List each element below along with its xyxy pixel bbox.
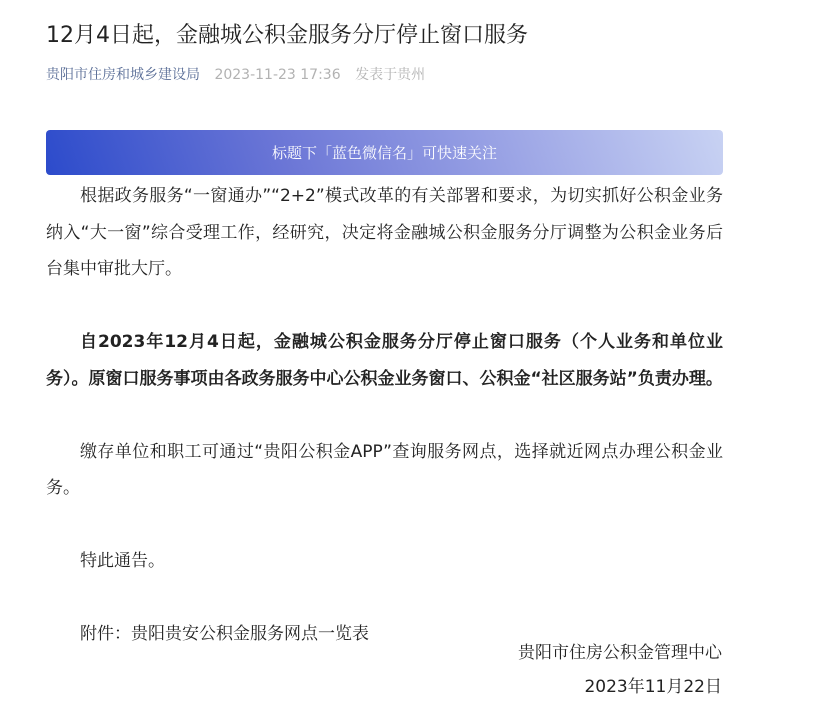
paragraph-intro: 根据政务服务“一窗通办”“2+2”模式改革的有关部署和要求，为切实抓好公积金业务…: [46, 178, 723, 288]
signature-block: 贵阳市住房公积金管理中心 2023年11月22日: [518, 636, 722, 703]
article-body: 根据政务服务“一窗通办”“2+2”模式改革的有关部署和要求，为切实抓好公积金业务…: [46, 178, 723, 653]
spacer: [46, 288, 723, 325]
paragraph-app: 缴存单位和职工可通过“贵阳公积金APP”查询服务网点，选择就近网点办理公积金业务…: [46, 434, 723, 507]
paragraph-closing: 特此通告。: [46, 543, 723, 580]
signature-date: 2023年11月22日: [518, 670, 722, 703]
spacer: [46, 507, 723, 544]
follow-banner-text: 标题下「蓝色微信名」可快速关注: [272, 142, 497, 163]
spacer: [46, 397, 723, 434]
article-meta: 贵阳市住房和城乡建设局 2023-11-23 17:36 发表于贵州: [46, 65, 425, 85]
article-title: 12月4日起，金融城公积金服务分厅停止窗口服务: [46, 20, 528, 52]
article-page: 12月4日起，金融城公积金服务分厅停止窗口服务 贵阳市住房和城乡建设局 2023…: [0, 0, 816, 703]
signature-organization: 贵阳市住房公积金管理中心: [518, 636, 722, 670]
spacer: [46, 580, 723, 617]
follow-banner[interactable]: 标题下「蓝色微信名」可快速关注: [46, 130, 723, 175]
paragraph-notice: 自2023年12月4日起，金融城公积金服务分厅停止窗口服务（个人业务和单位业务）…: [46, 324, 723, 397]
author-link[interactable]: 贵阳市住房和城乡建设局: [46, 67, 200, 83]
publish-time: 2023-11-23 17:36: [214, 67, 340, 83]
publish-location: 发表于贵州: [355, 67, 425, 83]
